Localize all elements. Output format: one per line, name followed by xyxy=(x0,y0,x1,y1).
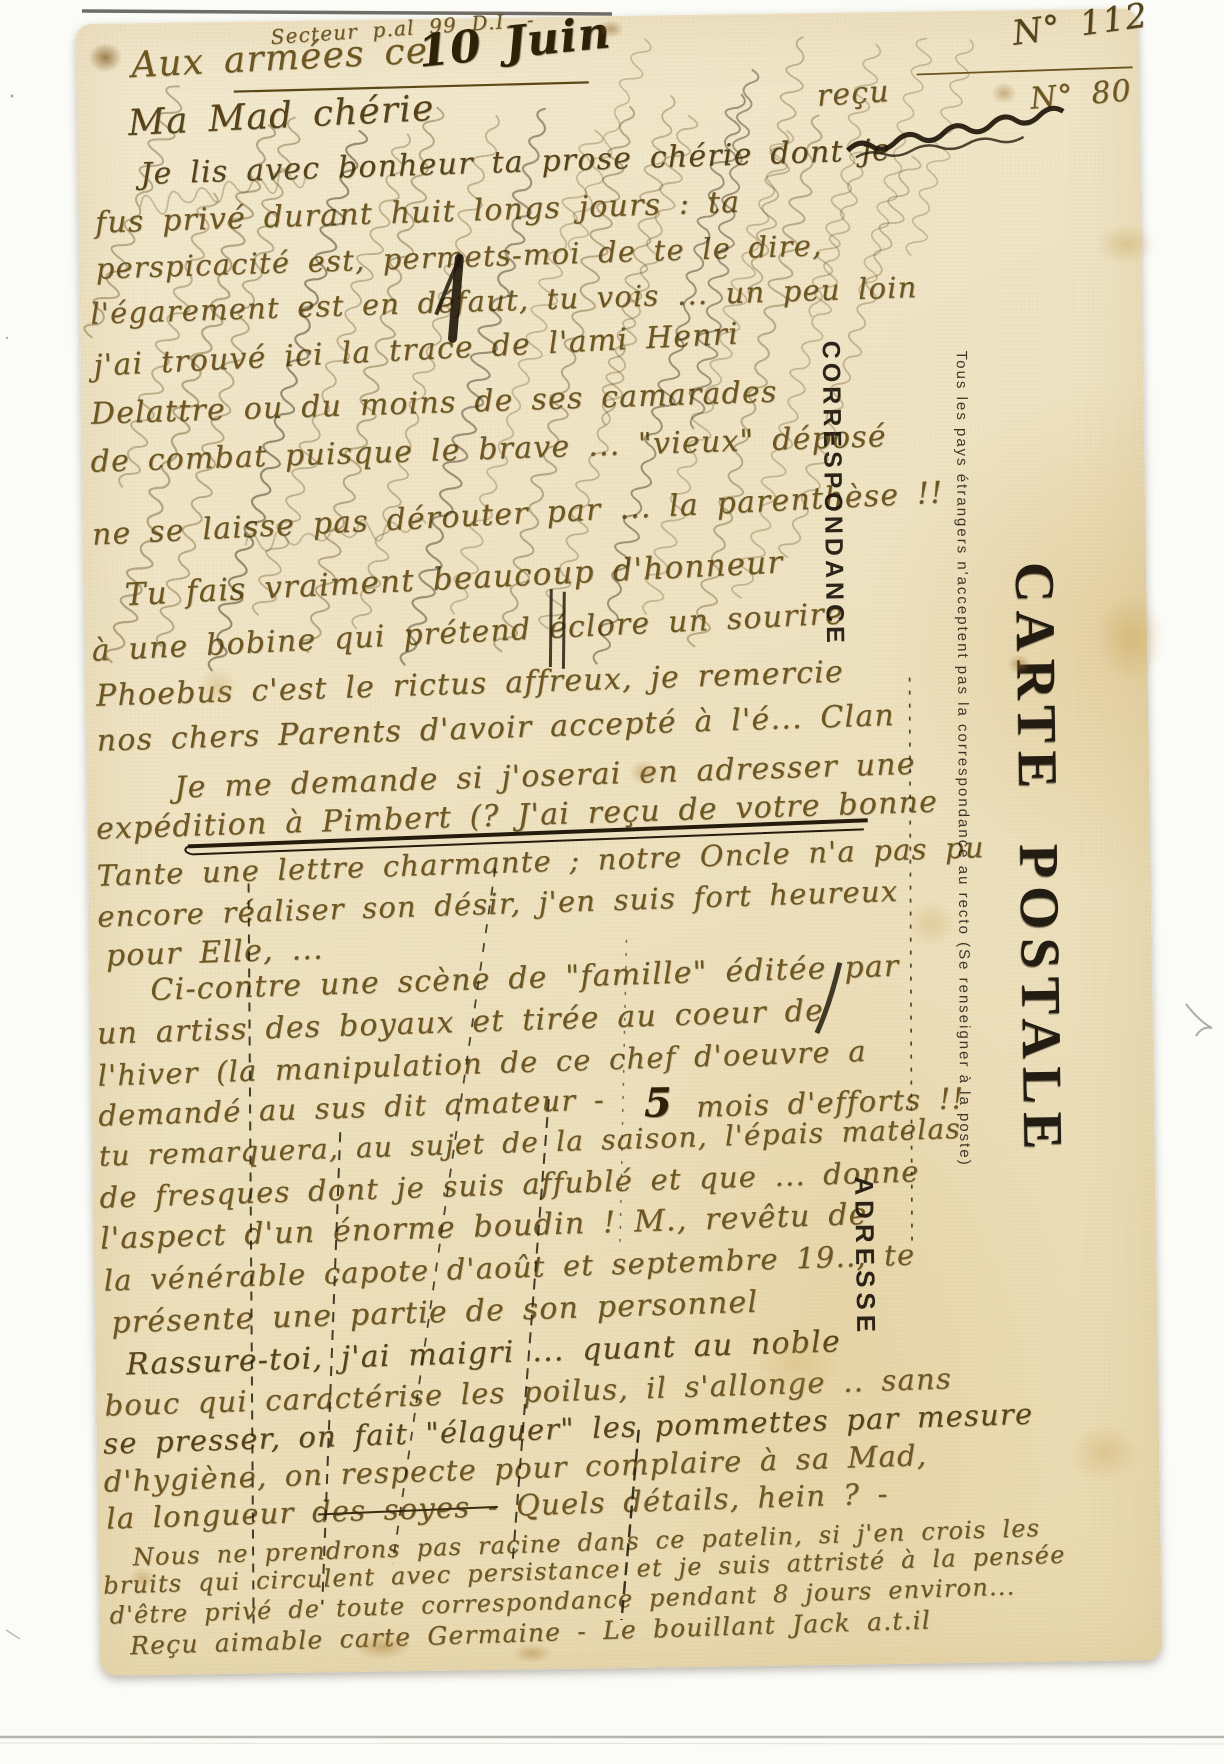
printed-foreign-countries-notice: Tous les pays étrangers n'acceptent pas … xyxy=(953,351,974,1167)
cross-writing-stroke xyxy=(903,37,981,259)
printed-correspondance-label: CORRESPONDANCE xyxy=(816,341,850,647)
number-underline xyxy=(917,67,1133,74)
letter-line: 5 xyxy=(644,1079,674,1126)
received-number: N° 80 xyxy=(1029,73,1134,116)
paper-stain xyxy=(1069,1422,1140,1483)
letter-line: fus privé durant huit longs jours : ta xyxy=(95,185,741,241)
received-label: reçu xyxy=(816,74,891,114)
paper-stain xyxy=(1096,224,1157,265)
scanned-postcard-page: Secteur p.al 99 D.I. - Aux armées ce 10 … xyxy=(0,0,1224,1764)
letter-line: ne se laisse pas dérouter par ... la par… xyxy=(91,475,944,552)
letter-line: de combat puisque le brave ... "vieux" d… xyxy=(90,419,887,480)
paper-stain xyxy=(88,42,122,73)
scan-speck xyxy=(6,1630,20,1639)
letter-line: Tu fais vraiment beaucoup d'honneur xyxy=(124,545,784,614)
letter-line: Ma Mad chérie xyxy=(127,88,436,144)
paper-stain xyxy=(906,900,957,947)
scan-bottom-line-faint xyxy=(0,1743,1224,1744)
letter-line: pour Elle, ... xyxy=(105,932,324,974)
place-date-line: Aux armées ce xyxy=(130,30,429,86)
postcard: Secteur p.al 99 D.I. - Aux armées ce 10 … xyxy=(76,8,1162,1676)
scan-speck xyxy=(11,95,14,98)
pencil-mark xyxy=(1186,1004,1212,1036)
scan-speck xyxy=(6,337,8,339)
card-number: N° 112 xyxy=(1010,0,1151,54)
letter-line: Je lis avec bonheur ta prose chérie dont… xyxy=(140,133,892,192)
letter-line: Delattre ou du moins de ses camarades xyxy=(90,375,778,432)
cross-writing-stroke xyxy=(345,112,507,632)
paper-stain xyxy=(991,82,1017,104)
printed-carte-postale-title: CARTE POSTALE xyxy=(1002,561,1075,1157)
printed-adresse-label: ADRESSE xyxy=(848,1176,881,1337)
paper-stain xyxy=(1094,592,1165,683)
